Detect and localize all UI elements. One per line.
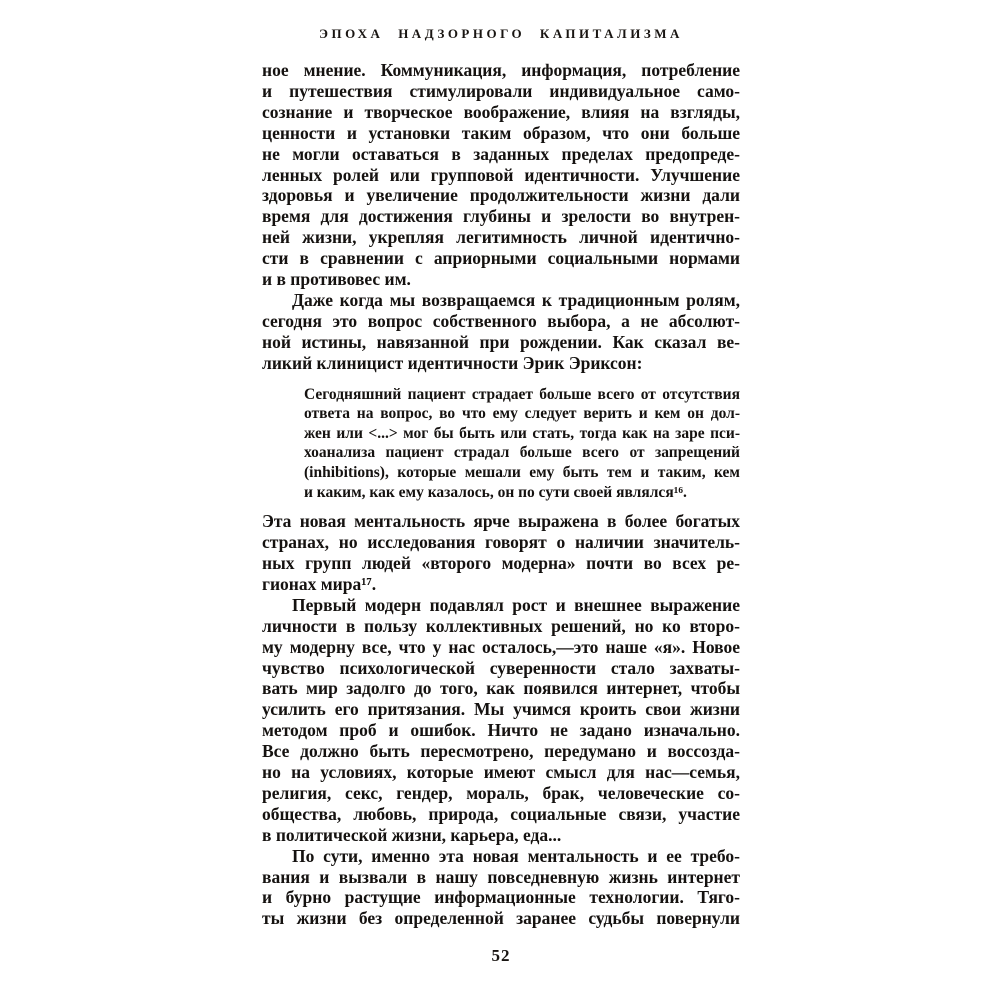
text-line: здоровья и увеличение продолжительности … xyxy=(262,185,740,206)
book-page: ЭПОХА НАДЗОРНОГО КАПИТАЛИЗМА ное мнение.… xyxy=(0,0,1000,1000)
text-line: и путешествия стимулировали индивидуальн… xyxy=(262,81,740,102)
text-line: и каким, как ему казалось, он по сути св… xyxy=(304,483,740,503)
text-line: хоанализа пациент страдал больше всего о… xyxy=(304,443,740,463)
text-line: личности в пользу коллективных решений, … xyxy=(262,616,740,637)
text-line: время для достижения глубины и зрелости … xyxy=(262,206,740,227)
text-line: ленных ролей или групповой идентичности.… xyxy=(262,165,740,186)
text-line: (inhibitions), которые мешали ему быть т… xyxy=(304,463,740,483)
text-line: му модерну все, что у нас осталось,—это … xyxy=(262,637,740,658)
text-line: ней жизни, укрепляя легитимность личной … xyxy=(262,227,740,248)
text-line: Даже когда мы возвращаемся к традиционны… xyxy=(262,290,740,311)
text-line: ликий клиницист идентичности Эрик Эриксо… xyxy=(262,353,740,374)
text-line: ное мнение. Коммуникация, информация, по… xyxy=(262,60,740,81)
paragraph: Эта новая ментальность ярче выражена в б… xyxy=(262,511,740,595)
running-head: ЭПОХА НАДЗОРНОГО КАПИТАЛИЗМА xyxy=(262,26,740,42)
paragraph: Первый модерн подавлял рост и внешнее вы… xyxy=(262,595,740,846)
text-line: вать мир задолго до того, как появился и… xyxy=(262,678,740,699)
text-line: сознание и творческое воображение, влияя… xyxy=(262,102,740,123)
paragraph: По сути, именно эта новая ментальность и… xyxy=(262,846,740,930)
text-line: но на условиях, которые имеют смысл для … xyxy=(262,762,740,783)
text-block: ное мнение. Коммуникация, информация, по… xyxy=(262,60,740,929)
text-line: методом проб и ошибок. Ничто не задано и… xyxy=(262,720,740,741)
text-line: странах, но исследования говорят о налич… xyxy=(262,532,740,553)
text-line: жен или <...> мог бы быть или стать, тог… xyxy=(304,424,740,444)
text-line: и бурно растущие информационные технолог… xyxy=(262,887,740,908)
text-line: и в противовес им. xyxy=(262,269,740,290)
text-line: ных групп людей «второго модерна» почти … xyxy=(262,553,740,574)
text-line: усилить его притязания. Мы учимся кроить… xyxy=(262,699,740,720)
text-line: Сегодняшний пациент страдает больше всег… xyxy=(304,385,740,405)
page-number: 52 xyxy=(262,946,740,966)
text-line: религия, секс, гендер, мораль, брак, чел… xyxy=(262,783,740,804)
text-line: Все должно быть пересмотрено, передумано… xyxy=(262,741,740,762)
blockquote: Сегодняшний пациент страдает больше всег… xyxy=(304,385,740,503)
text-line: По сути, именно эта новая ментальность и… xyxy=(262,846,740,867)
text-line: ной истины, навязанной при рождении. Как… xyxy=(262,332,740,353)
text-line: в политической жизни, карьера, еда... xyxy=(262,825,740,846)
text-line: Первый модерн подавлял рост и внешнее вы… xyxy=(262,595,740,616)
paragraph: Даже когда мы возвращаемся к традиционны… xyxy=(262,290,740,374)
text-line: Эта новая ментальность ярче выражена в б… xyxy=(262,511,740,532)
text-line: общества, любовь, природа, социальные св… xyxy=(262,804,740,825)
text-line: гионах мира¹⁷. xyxy=(262,574,740,595)
text-line: ценности и установки таким образом, что … xyxy=(262,123,740,144)
paragraph: ное мнение. Коммуникация, информация, по… xyxy=(262,60,740,290)
text-line: сти в сравнении с априорными социальными… xyxy=(262,248,740,269)
text-line: ты жизни без определенной заранее судьбы… xyxy=(262,908,740,929)
text-line: сегодня это вопрос собственного выбора, … xyxy=(262,311,740,332)
text-line: чувство психологической суверенности ста… xyxy=(262,658,740,679)
text-line: вания и вызвали в нашу повседневную жизн… xyxy=(262,867,740,888)
text-line: ответа на вопрос, во что ему следует вер… xyxy=(304,404,740,424)
text-line: не могли оставаться в заданных пределах … xyxy=(262,144,740,165)
